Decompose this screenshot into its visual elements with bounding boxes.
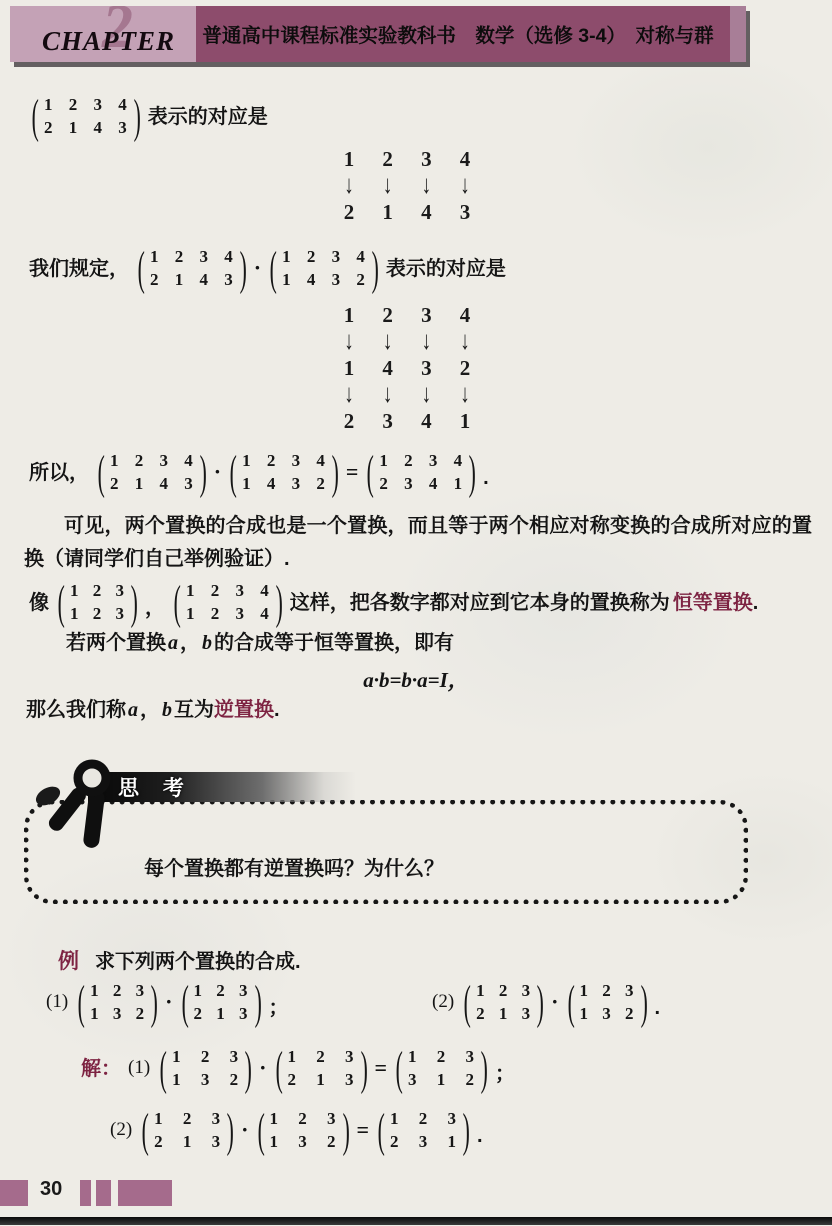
comma: ， [180,632,200,654]
band-notch [730,6,746,62]
var-b: b [202,632,212,654]
paren-close-icon: ) [537,983,543,1023]
matrix-row: 1 3 2 [90,1003,144,1025]
paren-open-icon: ( [58,583,64,623]
paren-close-icon: ) [360,1049,366,1089]
permutation-matrix: (1 2 31 3 2) [564,980,650,1025]
matrix-row: 1 2 3 [70,603,124,625]
think-box: 思 考 每个置换都有逆置换吗？为什么？ [24,760,750,906]
paren-close-icon: ) [331,453,337,493]
compose-dot: · [165,988,172,1017]
matrix-row: 1 4 3 2 [242,473,325,495]
matrix-caption: 表示的对应是 [148,104,268,130]
item-number: (2) [432,990,454,1015]
footer-block [80,1180,91,1206]
if-text-2: 的合成等于恒等置换，即有 [214,632,454,654]
matrix-row: 2 1 4 3 [44,117,127,139]
paren-close-icon: ) [640,983,646,1023]
paren-close-icon: ) [463,1111,469,1151]
paren-close-icon: ) [199,453,205,493]
paren-open-icon: ( [275,1049,281,1089]
paren-close-icon: ) [469,453,475,493]
permutation-matrix: (1 2 3 42 1 4 3) [94,450,209,495]
matrix-row: 1 2 3 4 [186,603,269,625]
then-line: 那么我们称a，b互为逆置换. [26,694,786,727]
solution-label: 解： [81,1056,121,1082]
example-title: 求下列两个置换的合成. [95,949,301,975]
paren-close-icon: ) [151,983,157,1023]
matrix-row: 1 2 3 [408,1046,474,1068]
comma: ， [140,699,160,721]
inverse-term: 逆置换 [214,699,274,721]
compose-dot: · [214,458,221,487]
if-line: 若两个置换a，b的合成等于恒等置换，即有 [26,627,826,660]
item-number: (1) [128,1056,150,1081]
matrix-row: 1 2 3 [70,580,124,602]
matrix-row: 1 2 3 4 [186,580,269,602]
paren-open-icon: ( [567,983,573,1023]
compose-dot: · [241,1116,248,1145]
title-bar: 普通高中课程标准实验教科书 数学（选修 3-4） 对称与群 [196,6,730,62]
mapping-diagram-1: 1234 ↓↓↓↓ 2143 [336,146,478,226]
identity-term: 恒等置换 [673,590,753,616]
like-text: 这样，把各数字都对应到它本身的置换称为 [290,590,670,616]
paren-close-icon: ) [275,583,281,623]
equals-sign: = [375,1054,388,1083]
matrix-row: 1 2 3 4 [282,246,365,268]
permutation-matrix: (1 2 31 3 2) [74,980,160,1025]
matrix-row: 1 2 3 [476,980,530,1002]
matrix-row: 1 2 3 [90,980,144,1002]
so-line: 所以， (1 2 3 42 1 4 3) · (1 2 3 41 4 3 2) … [26,450,492,495]
chapter-label: CHAPTER [42,26,175,57]
matrix-row: 3 1 2 [408,1069,474,1091]
like-prefix: 像 [29,590,49,616]
paren-close-icon: ) [131,583,137,623]
paren-open-icon: ( [230,453,236,493]
permutation-matrix: (1 2 3 42 1 4 3) [134,246,249,291]
item-number: (1) [46,990,68,1015]
intro-line: (1 2 3 42 1 4 3) 表示的对应是 [26,94,271,139]
permutation-matrix: (1 2 33 1 2) [392,1046,490,1091]
matrix-row: 2 3 1 [390,1131,456,1153]
item-tail: . [477,1123,483,1149]
equals-sign: = [357,1116,370,1145]
example-header: 例 求下列两个置换的合成. [58,948,301,975]
permutation-matrix: (1 2 3 41 4 3 2) [266,246,381,291]
permutation-matrix: (1 2 32 1 3) [272,1046,370,1091]
textbook-page: 2 CHAPTER 普通高中课程标准实验教科书 数学（选修 3-4） 对称与群 … [0,0,832,1226]
mapping-diagram-2: 1234 ↓↓↓↓ 1432 ↓↓↓↓ 2341 [336,302,478,435]
permutation-matrix: (1 2 31 3 2) [254,1108,352,1153]
matrix-row: 1 3 2 [580,1003,634,1025]
bottom-rule [0,1217,832,1225]
rule-line: 我们规定， (1 2 3 42 1 4 3) · (1 2 3 41 4 3 2… [26,246,509,291]
compose-dot: · [259,1054,266,1083]
arrow-row: ↓↓↓↓ [336,173,478,199]
paren-close-icon: ) [133,97,139,137]
paren-open-icon: ( [142,1111,148,1151]
paren-open-icon: ( [138,249,144,289]
period: . [483,465,489,491]
var-a: a [168,632,178,654]
matrix-row: 1 2 3 4 [242,450,325,472]
period: . [274,699,280,721]
var-b: b [162,699,172,721]
permutation-matrix: (1 2 3 42 3 4 1) [363,450,478,495]
matrix-row: 1 3 2 [172,1069,238,1091]
paren-open-icon: ( [396,1049,402,1089]
var-a: a [128,699,138,721]
example-label: 例 [58,948,79,975]
matrix-row: 2 1 3 [288,1069,354,1091]
matrix-row: 1 2 3 [390,1108,456,1130]
arrow-row: ↓↓↓↓ [336,382,478,408]
footer-block [118,1180,172,1206]
if-text-1: 若两个置换 [66,632,166,654]
matrix-row: 1 2 3 [194,980,248,1002]
item-tail: ； [269,995,289,1021]
matrix-row: 2 3 4 1 [379,473,462,495]
footer-block [96,1180,111,1206]
paren-close-icon: ) [342,1111,348,1151]
permutation-matrix: (1 2 31 2 3) [54,580,140,625]
equals-sign: = [346,458,359,487]
matrix-row: 2 1 3 [194,1003,248,1025]
matrix-row: 1 2 3 [288,1046,354,1068]
compose-dot: · [254,254,261,283]
matrix-row: 1 3 2 [270,1131,336,1153]
solution-line: (2) (1 2 32 1 3) · (1 2 31 3 2) = (1 2 3… [106,1108,486,1153]
paren-open-icon: ( [378,1111,384,1151]
matrix-row: 2 1 4 3 [110,473,193,495]
item-tail: ； [495,1061,515,1087]
matrix-row: 2 1 4 3 [150,269,233,291]
matrix-row: 1 2 3 4 [44,94,127,116]
paren-open-icon: ( [181,983,187,1023]
matrix-row: 2 1 3 [154,1131,220,1153]
paren-open-icon: ( [32,97,38,137]
matrix-row: 1 2 3 [172,1046,238,1068]
matrix-row: 1 2 3 [154,1108,220,1130]
permutation-matrix: (1 2 32 1 3) [460,980,546,1025]
paren-open-icon: ( [270,249,276,289]
identity-line: 像 (1 2 31 2 3) ， (1 2 3 41 2 3 4) 这样，把各数… [26,580,758,625]
item-number: (2) [110,1118,132,1143]
permutation-matrix: (1 2 32 3 1) [374,1108,472,1153]
chapter-box: 2 CHAPTER [10,6,196,62]
compose-dot: · [551,988,558,1017]
permutation-matrix: (1 2 3 41 4 3 2) [226,450,341,495]
think-question: 每个置换都有逆置换吗？为什么？ [144,852,444,881]
paren-close-icon: ) [227,1111,233,1151]
paren-open-icon: ( [367,453,373,493]
permutation-matrix: (1 2 32 1 3) [178,980,264,1025]
paren-close-icon: ) [371,249,377,289]
example-item: (2) (1 2 32 1 3) · (1 2 31 3 2) . [428,980,663,1025]
permutation-matrix: (1 2 31 3 2) [156,1046,254,1091]
page-number: 30 [40,1178,62,1201]
compass-icon [30,754,140,868]
paren-open-icon: ( [78,983,84,1023]
matrix-row: 1 2 3 [270,1108,336,1130]
matrix-row: 2 1 3 [476,1003,530,1025]
paren-open-icon: ( [174,583,180,623]
footer-block [0,1180,28,1206]
paren-close-icon: ) [245,1049,251,1089]
rule-prefix: 我们规定， [29,256,129,282]
item-tail: . [655,995,661,1021]
arrow-row: ↓↓↓↓ [336,329,478,355]
matrix-row: 1 2 3 4 [110,450,193,472]
book-title: 普通高中课程标准实验教科书 数学（选修 3-4） 对称与群 [202,20,723,48]
permutation-matrix: (1 2 32 1 3) [138,1108,236,1153]
permutation-matrix: (1 2 3 41 2 3 4) [170,580,285,625]
matrix-row: 1 2 3 4 [379,450,462,472]
permutation-matrix: (1 2 3 42 1 4 3) [28,94,143,139]
paren-open-icon: ( [257,1111,263,1151]
solution-line: 解： (1) (1 2 31 3 2) · (1 2 32 1 3) = (1 … [78,1046,518,1091]
example-item: (1) (1 2 31 3 2) · (1 2 32 1 3) ； [42,980,292,1025]
matrix-row: 1 2 3 [580,980,634,1002]
paren-open-icon: ( [160,1049,166,1089]
then-text-1: 那么我们称 [26,699,126,721]
comma: ， [145,595,165,621]
so-prefix: 所以， [29,460,89,486]
paren-close-icon: ) [481,1049,487,1089]
paren-open-icon: ( [98,453,104,493]
rule-suffix: 表示的对应是 [386,256,506,282]
paren-close-icon: ) [239,249,245,289]
paren-open-icon: ( [464,983,470,1023]
paragraph-composition: 可见，两个置换的合成也是一个置换，而且等于两个相应对称变换的合成所对应的置换（请… [24,510,812,576]
matrix-row: 1 4 3 2 [282,269,365,291]
paren-close-icon: ) [254,983,260,1023]
period: . [753,590,759,616]
header-band: 2 CHAPTER 普通高中课程标准实验教科书 数学（选修 3-4） 对称与群 [10,6,746,62]
matrix-row: 1 2 3 4 [150,246,233,268]
then-text-2: 互为 [174,699,214,721]
formula-inverse: a·b=b·a=I， [0,664,832,694]
